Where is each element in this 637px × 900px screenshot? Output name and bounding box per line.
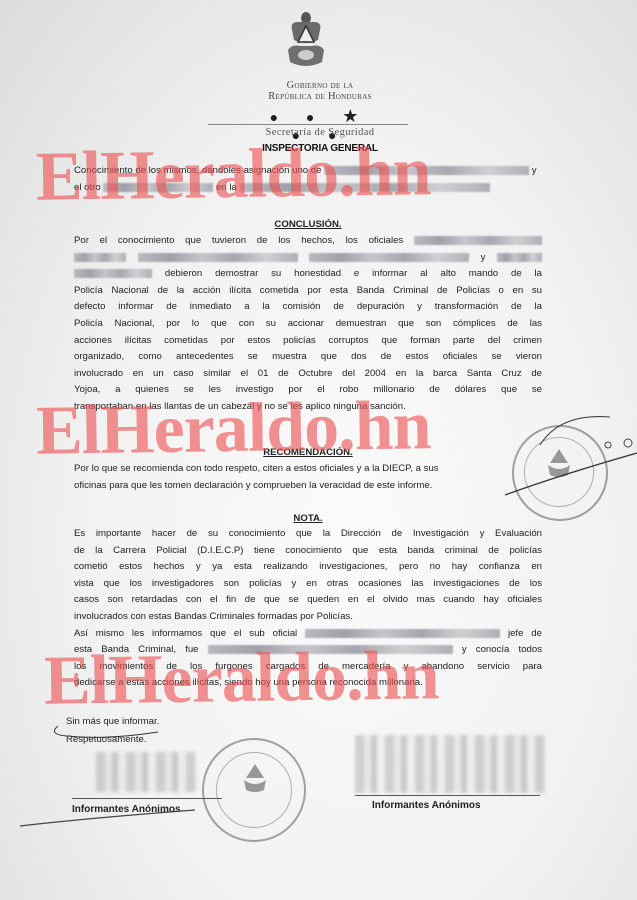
gov-line-2: República de Honduras bbox=[200, 91, 440, 102]
conclusion-heading: CONCLUSIÓN. bbox=[74, 219, 542, 230]
recomendacion-paragraph: Por lo que se recomienda con todo respet… bbox=[74, 461, 542, 494]
signature-2-redacted bbox=[355, 735, 545, 793]
signature-1-line bbox=[72, 798, 222, 799]
government-header: Gobierno de la República de Honduras bbox=[200, 80, 440, 102]
signature-1-redacted bbox=[96, 752, 196, 792]
signer-2-label: Informantes Anónimos bbox=[372, 800, 481, 811]
inspectoria-title: INSPECTORIA GENERAL bbox=[200, 143, 440, 154]
conclusion-paragraph: Por el conocimiento que tuvieron de los … bbox=[74, 233, 542, 416]
recomendacion-heading: RECOMENDACIÓN. bbox=[74, 447, 542, 458]
secretaria-title: Secretaría de Seguridad bbox=[200, 127, 440, 138]
honduras-coat-of-arms-icon bbox=[278, 10, 334, 72]
official-seal-icon bbox=[202, 738, 306, 842]
pen-stroke-icon bbox=[0, 800, 200, 830]
nota-paragraph: Es importante hacer de su conocimiento q… bbox=[74, 526, 542, 692]
letterhead-divider bbox=[208, 124, 408, 125]
nota-heading: NOTA. bbox=[74, 513, 542, 524]
document-page: Gobierno de la República de Honduras ● ●… bbox=[0, 0, 637, 900]
signature-scribble-icon bbox=[500, 405, 637, 515]
pen-mark-icon bbox=[48, 722, 168, 746]
intro-paragraph: Conocimiento de los mismos, dándoles asi… bbox=[74, 163, 542, 196]
gov-line-1: Gobierno de la bbox=[200, 80, 440, 91]
signature-2-line bbox=[355, 795, 540, 796]
